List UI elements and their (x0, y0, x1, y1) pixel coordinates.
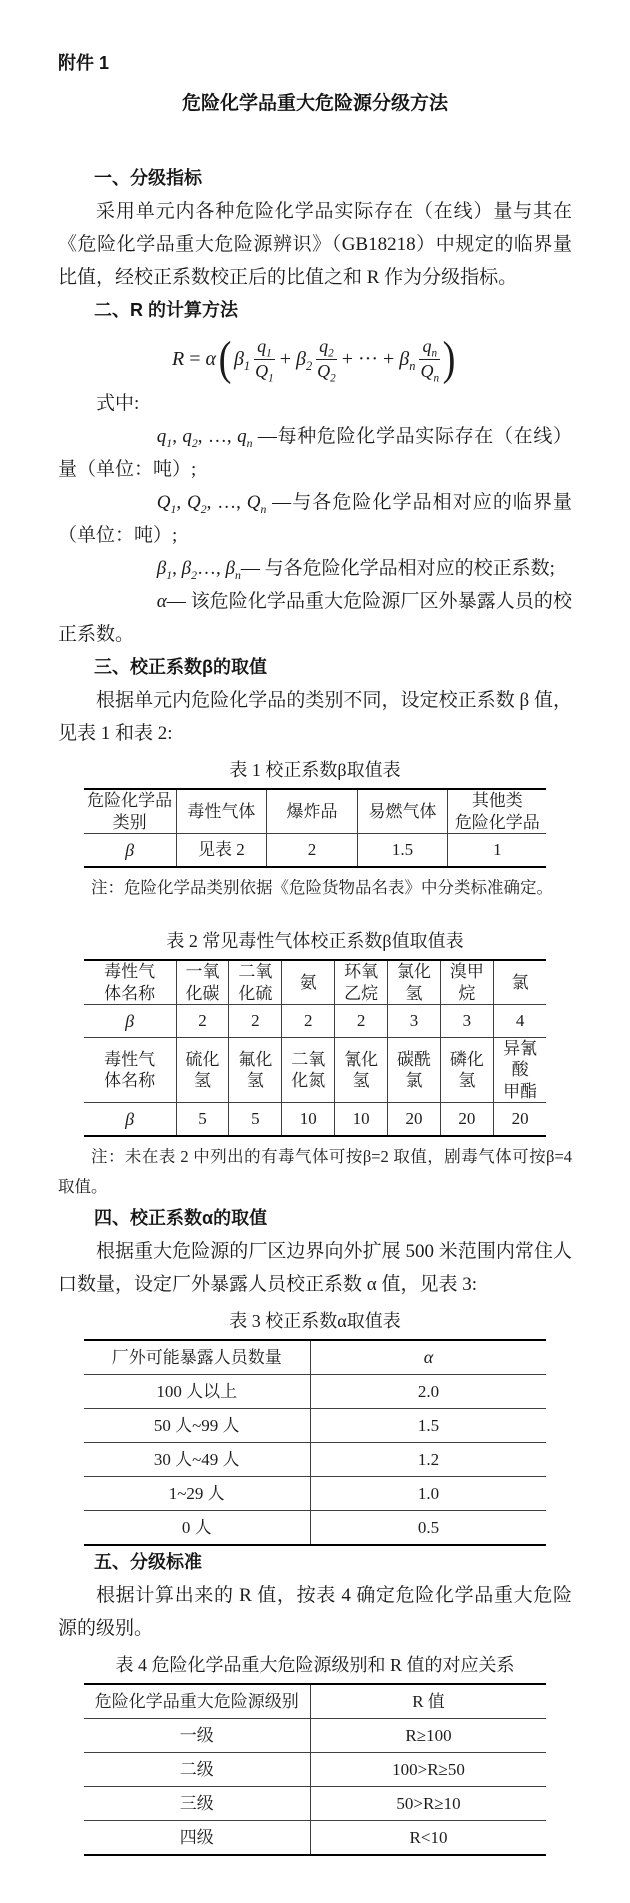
formula-lhs: R (172, 348, 184, 371)
table-row: β551010202020 (84, 1102, 547, 1136)
section-5-heading: 五、分级标准 (58, 1546, 572, 1579)
definition-text: —每种危险化学品实际存在（在线）量（单位：吨）; (58, 426, 572, 480)
definition-text: —与各危险化学品相对应的临界量（单位：吨）; (58, 492, 572, 546)
attachment-label: 附件 1 (58, 50, 572, 76)
table-cell: 2 (176, 1005, 229, 1038)
definition-symbols: Q1, Q2, …, Qn (157, 492, 272, 513)
table-row: 三级50>R≥10 (84, 1786, 547, 1820)
table-row: β见表 221.51 (84, 834, 547, 868)
table-cell: 5 (176, 1102, 229, 1136)
table-cell: 二氧 化硫 (229, 960, 282, 1005)
table-cell: 环氧 乙烷 (335, 960, 388, 1005)
table-cell: 2 (229, 1005, 282, 1038)
table-cell: 50>R≥10 (310, 1786, 546, 1820)
table-row: 100 人以上2.0 (84, 1374, 547, 1408)
table-cell: 1.5 (310, 1408, 546, 1442)
section-1-heading: 一、分级指标 (58, 162, 572, 195)
section-2-heading: 二、R 的计算方法 (58, 294, 572, 327)
table-cell: 氯 (493, 960, 546, 1005)
table-cell: 10 (335, 1102, 388, 1136)
table-cell: 毒性气 体名称 (84, 960, 176, 1005)
section-5-paragraph: 根据计算出来的 R 值，按表 4 确定危险化学品重大危险源的级别。 (58, 1579, 572, 1645)
table-row: 危险化学品 类别毒性气体爆炸品易燃气体其他类 危险化学品 (84, 789, 547, 834)
document-page: 附件 1 危险化学品重大危险源分级方法 一、分级指标 采用单元内各种危险化学品实… (0, 0, 630, 1903)
definition-text: — 与各危险化学品相对应的校正系数; (241, 558, 555, 579)
table-cell: 50 人~99 人 (84, 1408, 311, 1442)
table-cell: 1 (448, 834, 546, 868)
definition-alpha: α— 该危险化学品重大危险源厂区外暴露人员的校正系数。 (58, 585, 572, 651)
table-3-caption: 表 3 校正系数α取值表 (58, 1307, 572, 1335)
definition-symbols: q1, q2, …, qn (157, 426, 258, 447)
table-row: 30 人~49 人1.2 (84, 1442, 547, 1476)
table-cell: 爆炸品 (267, 789, 358, 834)
table-cell: 二氧 化氮 (282, 1038, 335, 1103)
table-cell: 溴甲烷 (440, 960, 493, 1005)
table-cell: 20 (388, 1102, 441, 1136)
table-cell: α (310, 1340, 546, 1375)
table-cell: 四级 (84, 1820, 311, 1855)
close-paren: ) (443, 335, 456, 383)
definition-symbols: α (157, 591, 167, 612)
table-cell: R<10 (310, 1820, 546, 1855)
plus-operator: + (280, 348, 291, 371)
table-4-caption: 表 4 危险化学品重大危险源级别和 R 值的对应关系 (58, 1651, 572, 1679)
definition-text: — 该危险化学品重大危险源厂区外暴露人员的校正系数。 (58, 591, 572, 645)
table-cell: 100>R≥50 (310, 1752, 546, 1786)
table-cell: R 值 (310, 1684, 546, 1719)
table-cell: 毒性气 体名称 (84, 1038, 176, 1103)
table-2: 毒性气 体名称一氧 化碳二氧 化硫氨环氧 乙烷氯化氢溴甲烷氯β2222334毒性… (84, 959, 547, 1137)
table-cell: 30 人~49 人 (84, 1442, 311, 1476)
where-label: 式中: (58, 387, 572, 420)
table-cell: 厂外可能暴露人员数量 (84, 1340, 311, 1375)
definition-Q: Q1, Q2, …, Qn —与各危险化学品相对应的临界量（单位：吨）; (58, 486, 572, 552)
table-cell: 一氧 化碳 (176, 960, 229, 1005)
table-cell: 危险化学品 类别 (84, 789, 176, 834)
table-cell: 氰化氢 (335, 1038, 388, 1103)
table-cell: 碳酰氯 (388, 1038, 441, 1103)
table-2-note: 注：未在表 2 中列出的有毒气体可按β=2 取值，剧毒气体可按β=4 取值。 (58, 1142, 572, 1202)
table-cell: R≥100 (310, 1718, 546, 1752)
open-paren: ( (219, 335, 232, 383)
table-cell: 1.5 (357, 834, 448, 868)
table-cell: 一级 (84, 1718, 311, 1752)
table-cell: 1.0 (310, 1476, 546, 1510)
table-row: β2222334 (84, 1005, 547, 1038)
section-1-paragraph: 采用单元内各种危险化学品实际存在（在线）量与其在《危险化学品重大危险源辨识》（G… (58, 195, 572, 294)
table-row: 50 人~99 人1.5 (84, 1408, 547, 1442)
formula-term: β2q2Q2 (296, 336, 337, 382)
table-1: 危险化学品 类别毒性气体爆炸品易燃气体其他类 危险化学品β见表 221.51 (84, 788, 547, 868)
table-1-note: 注：危险化学品类别依据《危险货物品名表》中分类标准确定。 (58, 873, 572, 903)
table-cell: 二级 (84, 1752, 311, 1786)
section-4-paragraph: 根据重大危险源的厂区边界向外扩展 500 米范围内常住人口数量，设定厂外暴露人员… (58, 1235, 572, 1301)
table-2-caption: 表 2 常见毒性气体校正系数β值取值表 (58, 927, 572, 955)
table-1-caption: 表 1 校正系数β取值表 (58, 756, 572, 784)
alpha-symbol: α (205, 348, 216, 371)
table-cell: 硫化氢 (176, 1038, 229, 1103)
table-4: 危险化学品重大危险源级别R 值一级R≥100二级100>R≥50三级50>R≥1… (84, 1683, 547, 1856)
equals-sign: = (189, 348, 200, 371)
table-cell: 1.2 (310, 1442, 546, 1476)
table-cell: β (84, 1102, 176, 1136)
table-row: 毒性气 体名称硫化氢氟化氢二氧 化氮氰化氢碳酰氯磷化氢异氰酸 甲酯 (84, 1038, 547, 1103)
table-cell: 5 (229, 1102, 282, 1136)
table-cell: 2 (282, 1005, 335, 1038)
table-cell: 3 (388, 1005, 441, 1038)
section-4-heading: 四、校正系数α的取值 (58, 1202, 572, 1235)
table-row: 危险化学品重大危险源级别R 值 (84, 1684, 547, 1719)
table-cell: 毒性气体 (176, 789, 267, 834)
plus-operator: + ··· + (342, 348, 395, 371)
table-cell: β (84, 834, 176, 868)
table-row: 毒性气 体名称一氧 化碳二氧 化硫氨环氧 乙烷氯化氢溴甲烷氯 (84, 960, 547, 1005)
table-cell: 20 (440, 1102, 493, 1136)
table-cell: 其他类 危险化学品 (448, 789, 546, 834)
document-title: 危险化学品重大危险源分级方法 (58, 90, 572, 118)
table-cell: 2 (335, 1005, 388, 1038)
table-cell: β (84, 1005, 176, 1038)
table-cell: 3 (440, 1005, 493, 1038)
table-row: 厂外可能暴露人员数量α (84, 1340, 547, 1375)
table-cell: 10 (282, 1102, 335, 1136)
table-cell: 易燃气体 (357, 789, 448, 834)
definition-q: q1, q2, …, qn —每种危险化学品实际存在（在线）量（单位：吨）; (58, 420, 572, 486)
table-cell: 氟化氢 (229, 1038, 282, 1103)
formula-term: βnqnQn (399, 336, 440, 382)
table-row: 二级100>R≥50 (84, 1752, 547, 1786)
table-row: 一级R≥100 (84, 1718, 547, 1752)
table-3: 厂外可能暴露人员数量α100 人以上2.050 人~99 人1.530 人~49… (84, 1339, 547, 1546)
formula-term: β1q1Q1 (234, 336, 275, 382)
table-cell: 氨 (282, 960, 335, 1005)
table-cell: 见表 2 (176, 834, 267, 868)
table-cell: 0 人 (84, 1510, 311, 1545)
table-cell: 100 人以上 (84, 1374, 311, 1408)
section-3-paragraph: 根据单元内危险化学品的类别不同，设定校正系数 β 值，见表 1 和表 2: (58, 684, 572, 750)
section-3-heading: 三、校正系数β的取值 (58, 651, 572, 684)
table-row: 0 人0.5 (84, 1510, 547, 1545)
table-cell: 2.0 (310, 1374, 546, 1408)
table-cell: 三级 (84, 1786, 311, 1820)
table-cell: 0.5 (310, 1510, 546, 1545)
table-cell: 磷化氢 (440, 1038, 493, 1103)
definition-beta: β1, β2…, βn— 与各危险化学品相对应的校正系数; (58, 552, 572, 585)
table-cell: 4 (493, 1005, 546, 1038)
table-cell: 2 (267, 834, 358, 868)
formula-R: R = α ( β1q1Q1+β2q2Q2+ ··· +βnqnQn ) (58, 331, 572, 387)
table-cell: 危险化学品重大危险源级别 (84, 1684, 311, 1719)
table-cell: 异氰酸 甲酯 (493, 1038, 546, 1103)
formula-terms: β1q1Q1+β2q2Q2+ ··· +βnqnQn (234, 336, 440, 382)
table-row: 四级R<10 (84, 1820, 547, 1855)
table-row: 1~29 人1.0 (84, 1476, 547, 1510)
definition-symbols: β1, β2…, βn (157, 558, 241, 579)
table-cell: 1~29 人 (84, 1476, 311, 1510)
table-cell: 氯化氢 (388, 960, 441, 1005)
table-cell: 20 (493, 1102, 546, 1136)
